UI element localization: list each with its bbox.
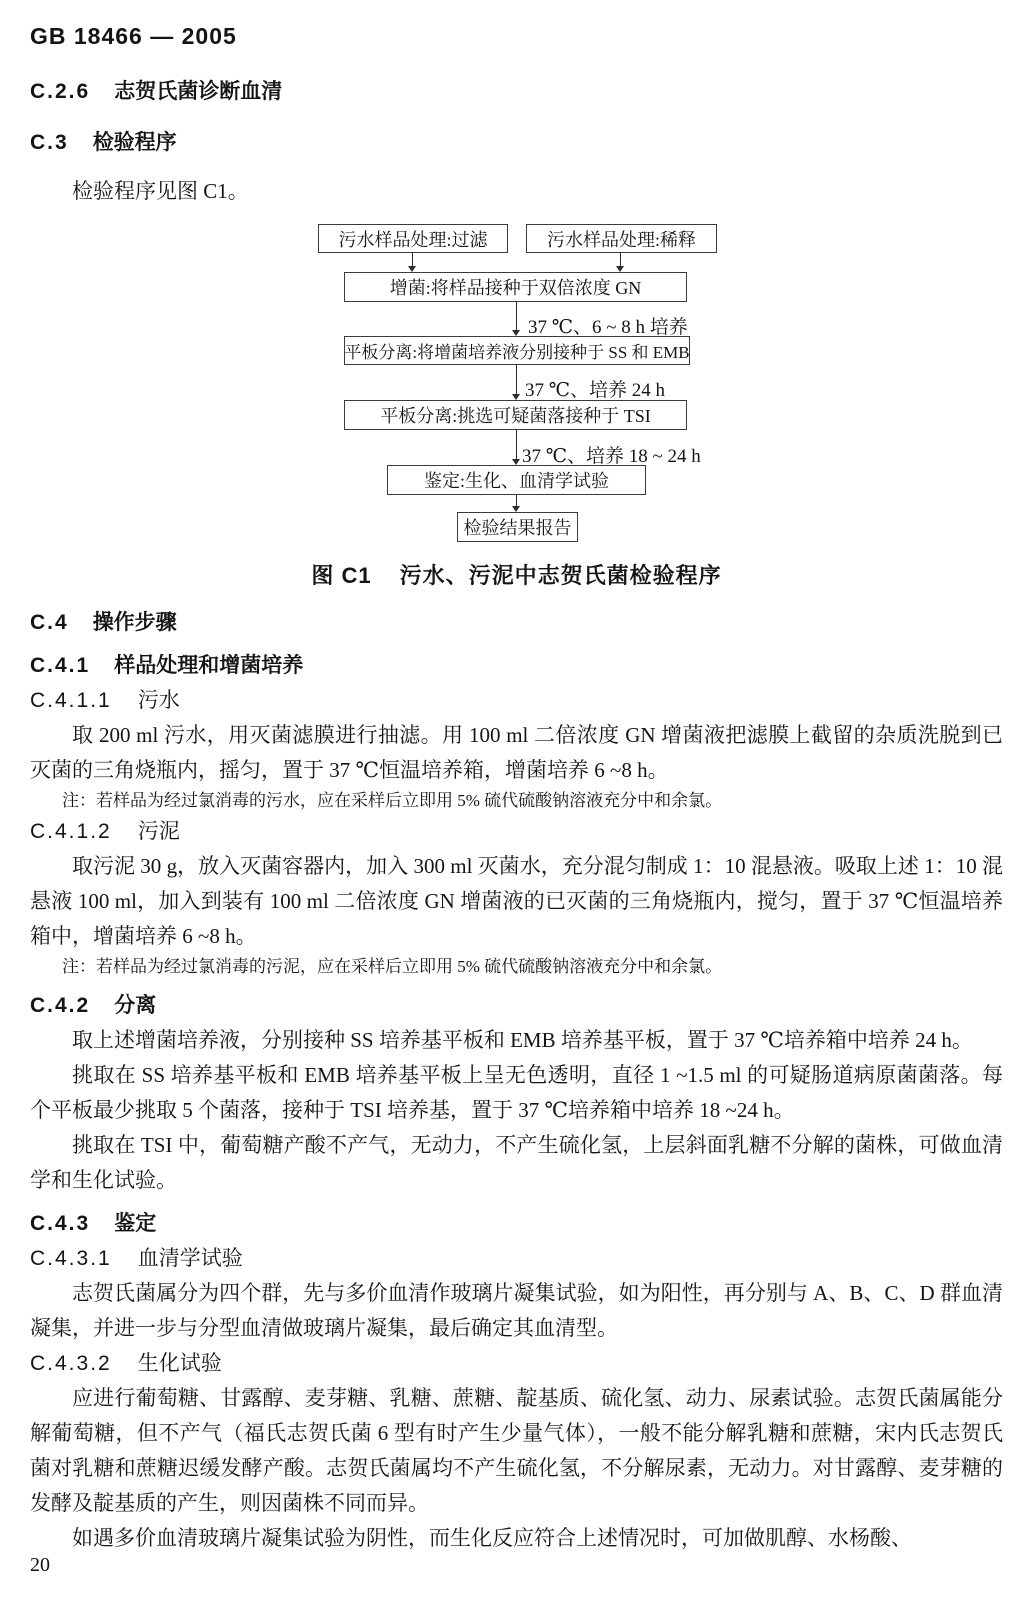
note-c4-1-1: 注：若样品为经过氯消毒的污水，应在采样后立即用 5% 硫代硫酸钠溶液充分中和余氯… [62, 788, 1003, 814]
clause-title: 样品处理和增菌培养 [114, 654, 303, 677]
heading-c4-3-2: C.4.3.2生化试验 [30, 1346, 1003, 1381]
heading-c4-3-1: C.4.3.1血清学试验 [30, 1241, 1003, 1276]
flow-box-enrichment: 增菌:将样品接种于双倍浓度 GN [344, 272, 687, 302]
clause-number: C.4.1 [30, 654, 90, 677]
clause-number: C.4.1.1 [30, 689, 112, 712]
heading-c3: C.3检验程序 [30, 125, 1003, 160]
paragraph-c4-3-2-b: 如遇多价血清玻璃片凝集试验为阴性，而生化反应符合上述情况时，可加做肌醇、水杨酸、 [30, 1521, 1003, 1556]
flow-box-plate-tsi: 平板分离:挑选可疑菌落接种于 TSI [344, 400, 687, 430]
paragraph-c4-2-1: 取上述增菌培养液，分别接种 SS 培养基平板和 EMB 培养基平板，置于 37 … [30, 1023, 1003, 1058]
clause-title: 志贺氏菌诊断血清 [114, 80, 282, 103]
clause-title: 污水 [138, 688, 180, 712]
paragraph-c3-intro: 检验程序见图 C1。 [30, 174, 1003, 209]
paragraph-c4-2-2: 挑取在 SS 培养基平板和 EMB 培养基平板上呈无色透明，直径 1 ~1.5 … [30, 1058, 1003, 1128]
clause-number: C.3 [30, 131, 69, 154]
clause-number: C.4.3 [30, 1212, 90, 1235]
document-page: GB 18466 — 2005 C.2.6志贺氏菌诊断血清 C.3检验程序 检验… [0, 0, 1033, 1600]
flow-box-sewage-dilute: 污水样品处理:稀释 [526, 224, 717, 253]
clause-number: C.2.6 [30, 80, 90, 103]
figure-caption-title: 污水、污泥中志贺氏菌检验程序 [400, 563, 722, 588]
flow-arrow-dilute-to-enrich [620, 253, 621, 266]
clause-title: 血清学试验 [138, 1246, 243, 1270]
heading-c4-1-1: C.4.1.1污水 [30, 683, 1003, 718]
paragraph-c4-1-2: 取污泥 30 g，放入灭菌容器内，加入 300 ml 灭菌水，充分混匀制成 1：… [30, 849, 1003, 954]
clause-title: 操作步骤 [93, 611, 177, 634]
flow-arrow-identify-to-report [516, 495, 517, 506]
heading-c4-1-2: C.4.1.2污泥 [30, 814, 1003, 849]
clause-number: C.4.3.1 [30, 1247, 112, 1270]
heading-c2-6: C.2.6志贺氏菌诊断血清 [30, 74, 1003, 109]
page-number: 20 [30, 1554, 50, 1577]
note-c4-1-2: 注：若样品为经过氯消毒的污泥，应在采样后立即用 5% 硫代硫酸钠溶液充分中和余氯… [62, 954, 1003, 980]
clause-title: 生化试验 [138, 1351, 222, 1375]
clause-title: 分离 [114, 994, 156, 1017]
clause-number: C.4.3.2 [30, 1352, 112, 1375]
flow-arrow-label-incubation-3: 37 ℃、培养 18 ~ 24 h [522, 441, 701, 468]
heading-c4-3: C.4.3鉴定 [30, 1206, 1003, 1241]
flow-arrow-plate-to-tsi [516, 365, 517, 394]
paragraph-c4-3-2-a: 应进行葡萄糖、甘露醇、麦芽糖、乳糖、蔗糖、靛基质、硫化氢、动力、尿素试验。志贺氏… [30, 1381, 1003, 1521]
flow-box-sewage-filter: 污水样品处理:过滤 [318, 224, 508, 253]
figure-caption: 图 C1污水、污泥中志贺氏菌检验程序 [0, 559, 1033, 590]
flow-arrow-label-incubation-1: 37 ℃、6 ~ 8 h 培养 [528, 312, 688, 339]
heading-c4-1: C.4.1样品处理和增菌培养 [30, 648, 1003, 683]
standard-number: GB 18466 — 2005 [30, 22, 1003, 50]
figure-caption-number: 图 C1 [311, 563, 371, 588]
clause-title: 污泥 [138, 819, 180, 843]
paragraph-c4-3-1: 志贺氏菌属分为四个群，先与多价血清作玻璃片凝集试验，如为阳性，再分别与 A、B、… [30, 1276, 1003, 1346]
clause-title: 检验程序 [93, 131, 177, 154]
paragraph-c4-1-1: 取 200 ml 污水，用灭菌滤膜进行抽滤。用 100 ml 二倍浓度 GN 增… [30, 718, 1003, 788]
clause-number: C.4.2 [30, 994, 90, 1017]
flow-box-plate-ss-emb: 平板分离:将增菌培养液分别接种于 SS 和 EMB [344, 336, 690, 365]
flow-arrow-filter-to-enrich [412, 253, 413, 266]
heading-c4: C.4操作步骤 [30, 605, 1003, 640]
clause-number: C.4.1.2 [30, 820, 112, 843]
paragraph-c4-2-3: 挑取在 TSI 中，葡萄糖产酸不产气，无动力，不产生硫化氢，上层斜面乳糖不分解的… [30, 1128, 1003, 1198]
flow-arrow-enrich-to-plate [516, 302, 517, 330]
flow-arrow-tsi-to-identify [516, 430, 517, 459]
heading-c4-2: C.4.2分离 [30, 988, 1003, 1023]
clause-title: 鉴定 [114, 1212, 156, 1235]
flow-arrow-label-incubation-2: 37 ℃、培养 24 h [525, 375, 665, 402]
flowchart-figure: 污水样品处理:过滤 污水样品处理:稀释 增菌:将样品接种于双倍浓度 GN 37 … [0, 217, 1033, 597]
flow-box-report: 检验结果报告 [457, 512, 578, 542]
flow-box-identification: 鉴定:生化、血清学试验 [387, 465, 646, 495]
clause-number: C.4 [30, 611, 69, 634]
